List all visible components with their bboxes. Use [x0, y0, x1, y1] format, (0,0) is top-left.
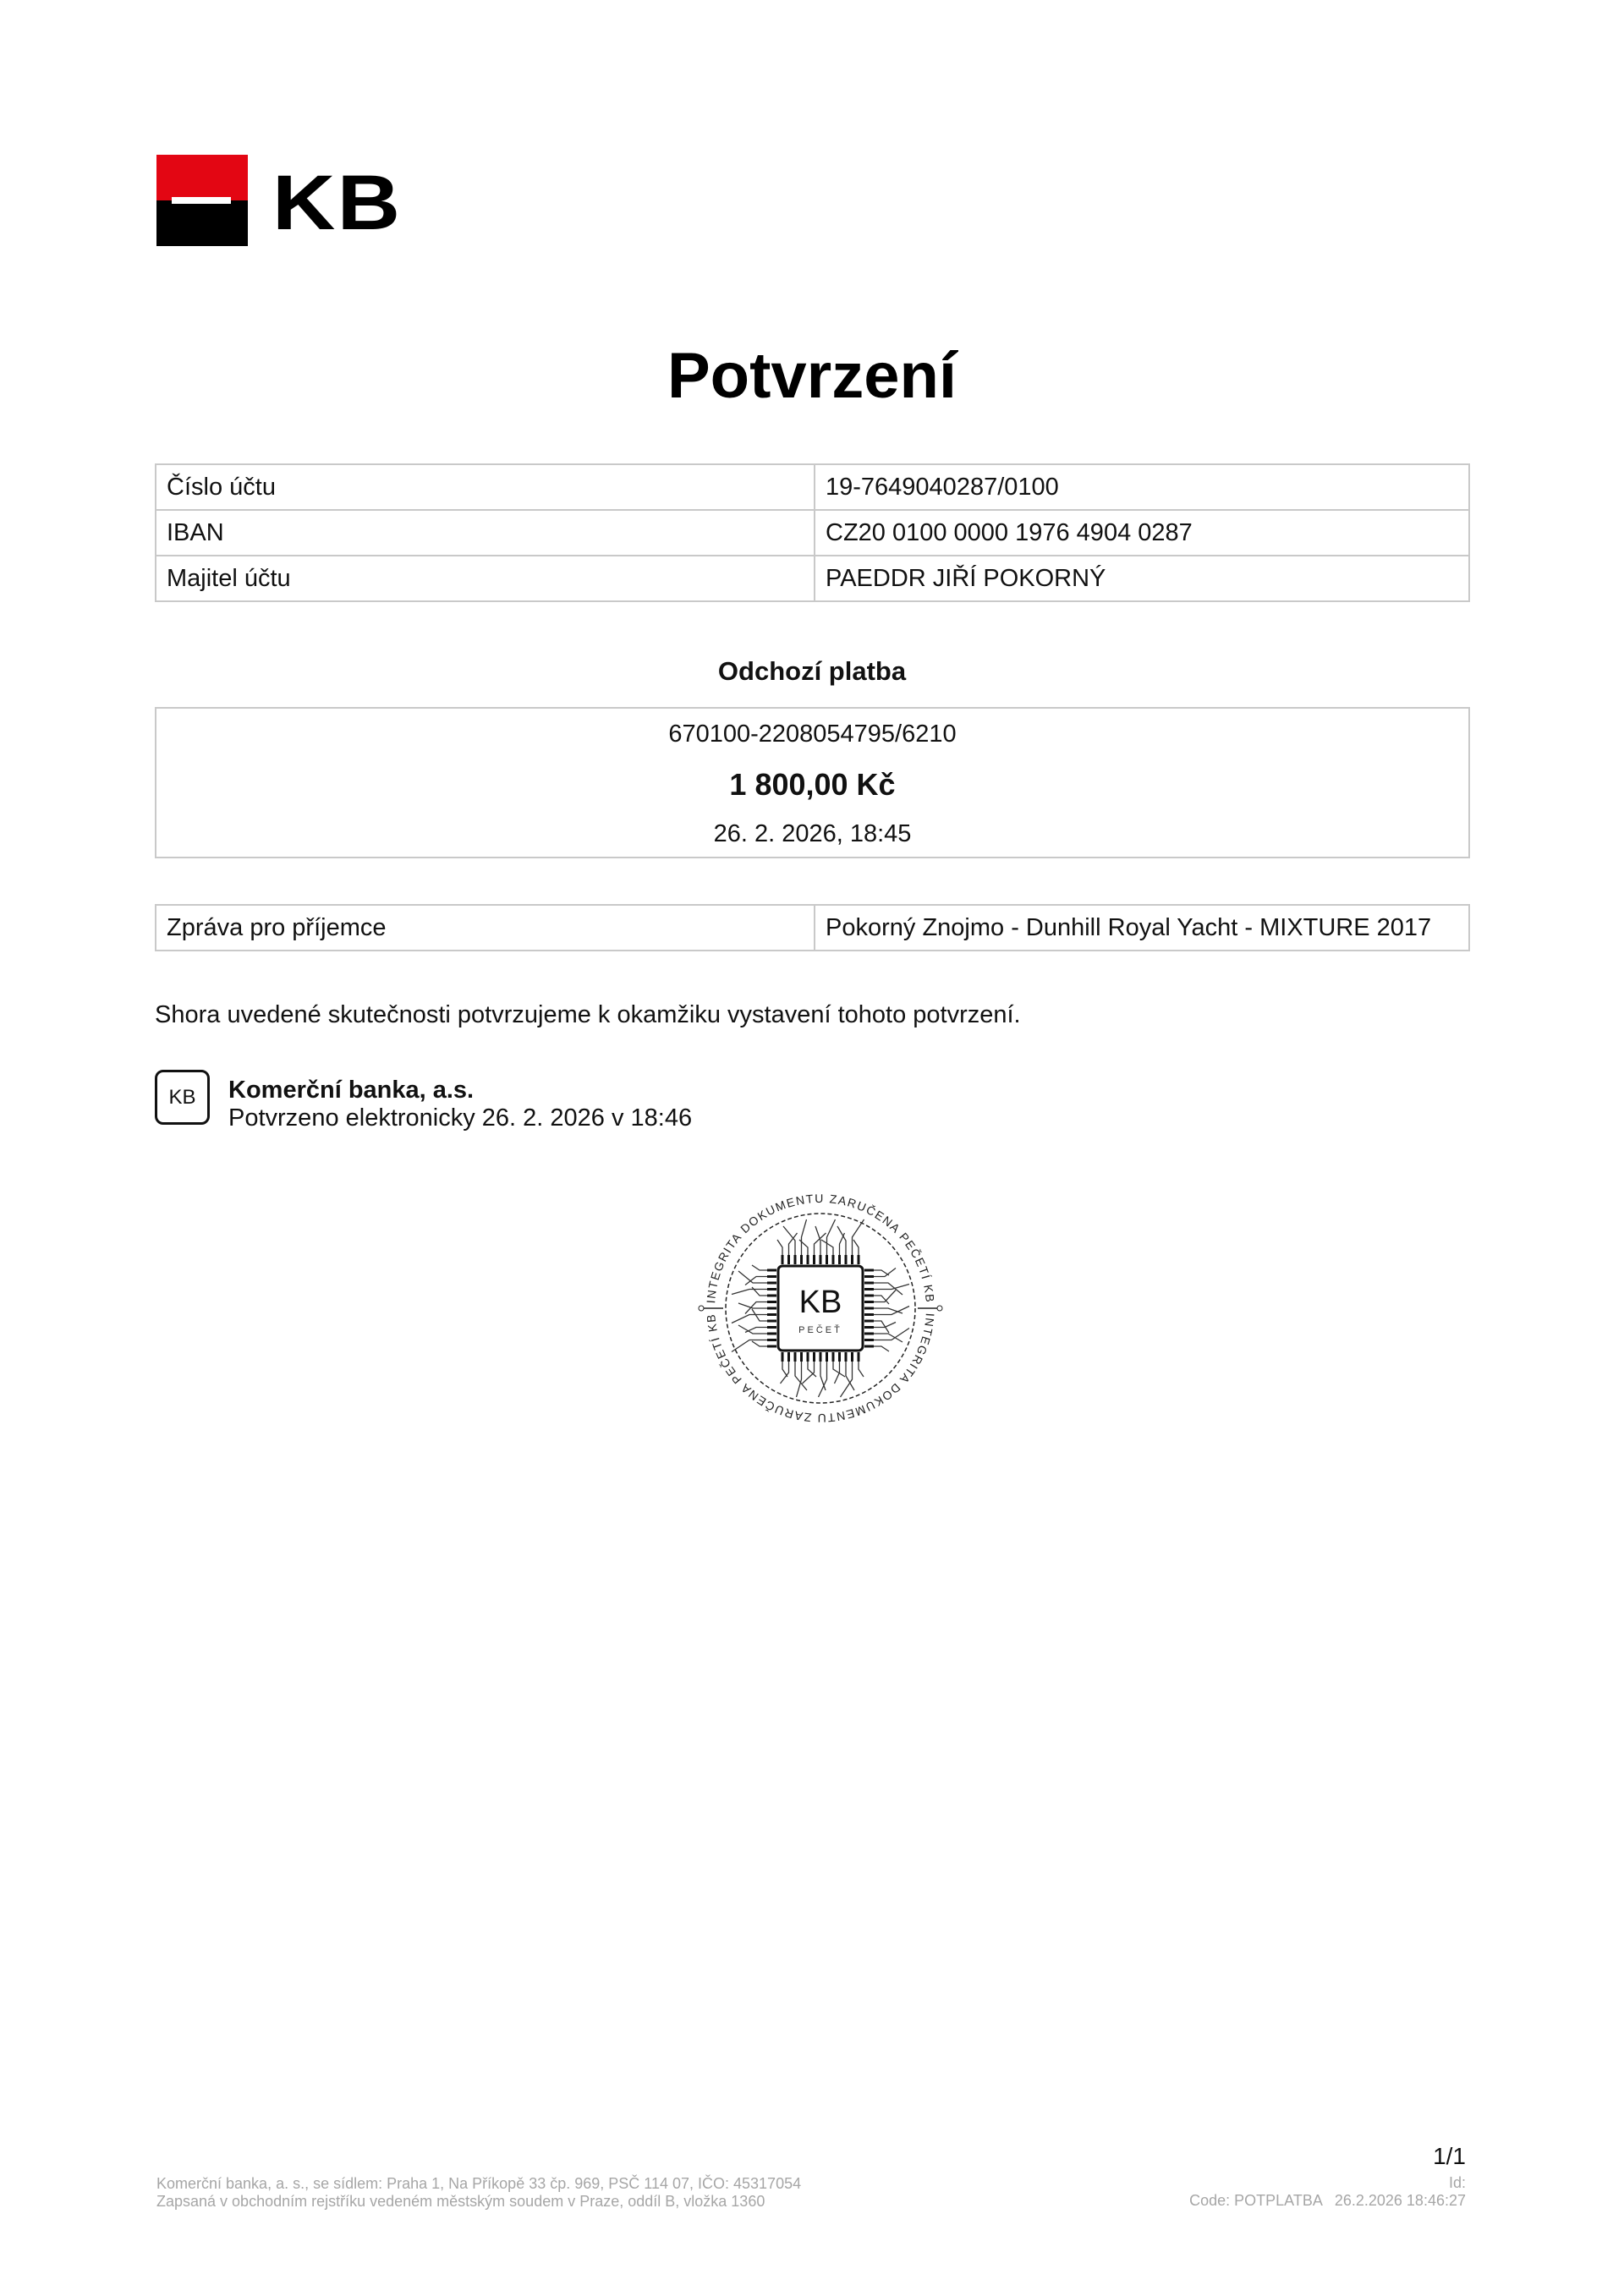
confirmation-statement: Shora uvedené skutečnosti potvrzujeme k …: [155, 1000, 1021, 1030]
payment-amount: 1 800,00 Kč: [156, 767, 1468, 803]
logo-white-bar: [172, 197, 231, 204]
table-row: Majitel účtu PAEDDR JIŘÍ POKORNÝ: [156, 556, 1469, 601]
account-number-label: Číslo účtu: [156, 464, 815, 510]
footer-registry: Zapsaná v obchodním rejstříku vedeném mě…: [156, 2192, 765, 2211]
kb-logo-text: KB: [272, 161, 402, 245]
iban-value: CZ20 0100 0000 1976 4904 0287: [815, 510, 1469, 556]
footer-id: Id:: [1449, 2173, 1466, 2192]
message-value: Pokorný Znojmo - Dunhill Royal Yacht - M…: [815, 905, 1469, 951]
page-number: 1/1: [1433, 2142, 1466, 2171]
stamp-kb: KB: [799, 1285, 842, 1320]
table-row: IBAN CZ20 0100 0000 1976 4904 0287: [156, 510, 1469, 556]
account-table: Číslo účtu 19-7649040287/0100 IBAN CZ20 …: [155, 463, 1470, 602]
page-title: Potvrzení: [0, 342, 1624, 410]
logo-red-half: [156, 155, 248, 200]
account-number-value: 19-7649040287/0100: [815, 464, 1469, 510]
iban-label: IBAN: [156, 510, 815, 556]
payment-heading: Odchozí platba: [0, 655, 1624, 688]
kb-digital-seal-stamp-icon: INTEGRITA DOKUMENTU ZARUČENA PEČETÍ KB I…: [689, 1177, 952, 1439]
counterparty-account: 670100-2208054795/6210: [156, 719, 1468, 749]
account-owner-value: PAEDDR JIŘÍ POKORNÝ: [815, 556, 1469, 601]
kb-seal-icon: KB: [155, 1070, 210, 1125]
bank-name: Komerční banka, a.s.: [228, 1076, 474, 1104]
payment-box: 670100-2208054795/6210 1 800,00 Kč 26. 2…: [155, 707, 1470, 858]
footer-company-address: Komerční banka, a. s., se sídlem: Praha …: [156, 2174, 801, 2193]
message-table: Zpráva pro příjemce Pokorný Znojmo - Dun…: [155, 904, 1470, 951]
table-row: Zpráva pro příjemce Pokorný Znojmo - Dun…: [156, 905, 1469, 951]
electronic-confirmation: Potvrzeno elektronicky 26. 2. 2026 v 18:…: [228, 1104, 692, 1132]
table-row: Číslo účtu 19-7649040287/0100: [156, 464, 1469, 510]
account-owner-label: Majitel účtu: [156, 556, 815, 601]
footer-code: Code: POTPLATBA 26.2.2026 18:46:27: [1189, 2191, 1466, 2210]
stamp-pecet: PEČEŤ: [798, 1324, 842, 1335]
message-label: Zpráva pro příjemce: [156, 905, 815, 951]
payment-datetime: 26. 2. 2026, 18:45: [156, 819, 1468, 849]
kb-logo-mark: [156, 155, 248, 246]
